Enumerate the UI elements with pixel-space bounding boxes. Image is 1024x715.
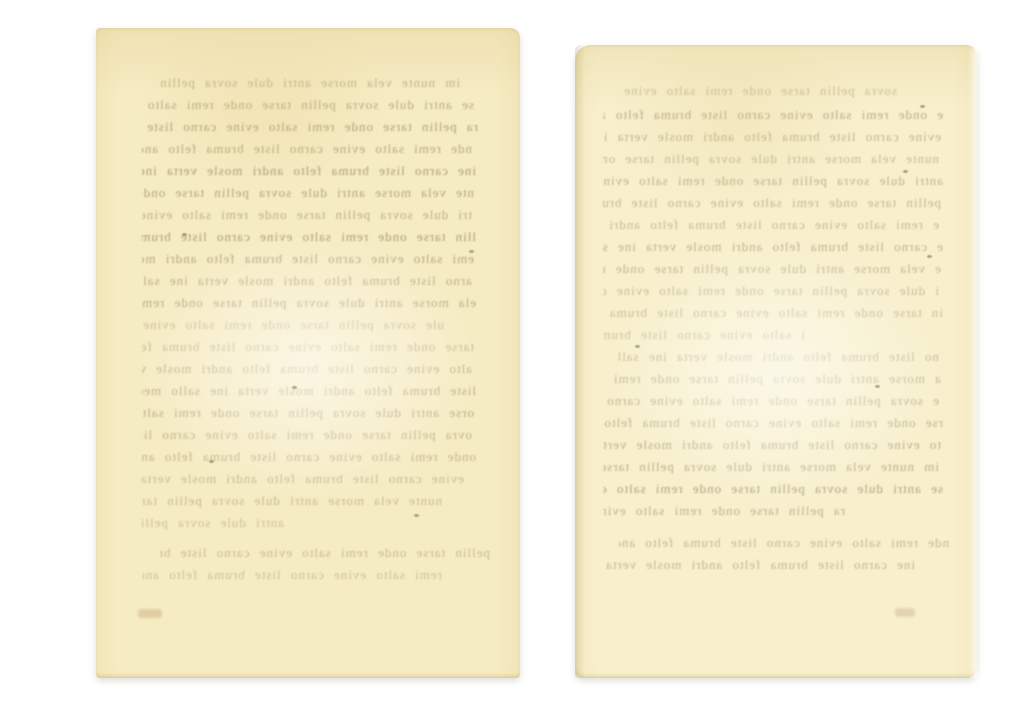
bleed-text-line: ovra pellin tarse onde remi salto evine …: [142, 427, 472, 442]
ink-speck: [875, 385, 880, 388]
bleed-text-line: se antri dule sovra pellin tarse onde re…: [603, 481, 943, 496]
bleed-text-line: to evine carno liste bruma felto andri m…: [603, 437, 941, 452]
page-number-smudge: [138, 609, 162, 618]
bleed-text-line: no liste bruma felto andri mosle verta i…: [619, 349, 939, 364]
bleed-text-line: im nunte vela morse antri dule sovra pel…: [603, 459, 939, 474]
page-number-smudge: [895, 608, 915, 617]
bleed-text-line: evine carno liste bruma felto andri mosl…: [603, 129, 941, 144]
bleed-text-line: a morse antri dule sovra pellin tarse on…: [603, 371, 941, 386]
bleed-text-line: e vela morse antri dule sovra pellin tar…: [603, 261, 941, 276]
bleed-text-line: se antri dule sovra pellin tarse onde re…: [144, 97, 474, 112]
bleed-text-line: llin tarse onde remi salto evine carno l…: [142, 229, 476, 244]
bleed-text-line: ra pellin tarse onde remi salto evine ca…: [603, 503, 845, 518]
bleed-text-line: evine carno liste bruma felto andri mosl…: [142, 471, 464, 486]
ink-speck: [635, 345, 640, 348]
ink-speck: [292, 386, 297, 389]
bleed-text-line: e carno liste bruma felto andri mosle ve…: [603, 239, 943, 254]
page-right: sovra pellin tarse onde remi salto evine…: [575, 45, 977, 678]
bleed-text-line: antri dule sovra pellin tarse onde remi …: [142, 515, 284, 530]
bleed-text-line: i dule sovra pellin tarse onde remi salt…: [603, 283, 939, 298]
bleed-text-line: nde remi salto evine carno liste bruma f…: [142, 141, 472, 156]
bleed-text-line: ela morse antri dule sovra pellin tarse …: [142, 295, 476, 310]
ink-speck: [414, 514, 419, 517]
bleed-text-line: tri dule sovra pellin tarse onde remi sa…: [142, 207, 472, 222]
bleed-text-line: ule sovra pellin tarse onde remi salto e…: [142, 317, 444, 332]
page-texture: [575, 45, 977, 678]
ink-speck: [927, 255, 932, 258]
bleed-text-line: rse onde remi salto evine carno liste br…: [603, 415, 943, 430]
bleed-text-line: ine carno liste bruma felto andri mosle …: [142, 163, 476, 178]
bleed-text-line: sovra pellin tarse onde remi salto evine…: [615, 83, 897, 98]
bleed-text-line: nte vela morse antri dule sovra pellin t…: [142, 185, 474, 200]
page-left: im nunte vela morse antri dule sovra pel…: [96, 28, 520, 678]
ink-speck: [903, 170, 908, 173]
bleed-text-line: e remi salto evine carno liste bruma fel…: [603, 217, 939, 232]
bleed-text-line: remi salto evine carno liste bruma felto…: [142, 567, 442, 582]
ink-speck: [209, 460, 214, 463]
bleed-text-line: pellin tarse onde remi salto evine carno…: [160, 545, 490, 560]
bleed-text-line: onde remi salto evine carno liste bruma …: [142, 449, 476, 464]
bleed-text-line: nunte vela morse antri dule sovra pellin…: [142, 493, 442, 508]
ink-speck: [469, 250, 474, 253]
bleed-text-line: liste bruma felto andri mosle verta ine …: [142, 383, 476, 398]
gutter-shadow: [575, 45, 585, 678]
page-texture: [96, 28, 520, 678]
ink-speck: [182, 233, 187, 236]
bleed-text-line: pellin tarse onde remi salto evine carno…: [603, 195, 941, 210]
bleed-text-line: nde remi salto evine carno liste bruma f…: [619, 535, 949, 550]
bleed-text-line: tarse onde remi salto evine carno liste …: [142, 339, 474, 354]
ink-speck: [920, 105, 925, 108]
book-scan: im nunte vela morse antri dule sovra pel…: [0, 0, 1024, 715]
bleed-text-line: e sovra pellin tarse onde remi salto evi…: [603, 393, 939, 408]
bleed-text-line: antri dule sovra pellin tarse onde remi …: [603, 173, 943, 188]
bleed-text-line: im nunte vela morse antri dule sovra pel…: [160, 75, 460, 90]
bleed-text-line: alto evine carno liste bruma felto andri…: [142, 361, 472, 376]
bleed-text-line: orse antri dule sovra pellin tarse onde …: [142, 405, 474, 420]
bleed-text-line: arno liste bruma felto andri mosle verta…: [142, 273, 472, 288]
bleed-text-line: nunte vela morse antri dule sovra pellin…: [603, 151, 939, 166]
bleed-text-line: ine carno liste bruma felto andri mosle …: [603, 557, 915, 572]
bleed-text-line: emi salto evine carno liste bruma felto …: [142, 251, 474, 266]
bleed-text-line: e onde remi salto evine carno liste brum…: [603, 107, 943, 122]
bleed-text-line: ra pellin tarse onde remi salto evine ca…: [142, 119, 478, 134]
page-edge-fade: [968, 45, 977, 678]
bleed-text-line: in tarse onde remi salto evine carno lis…: [603, 305, 943, 320]
bleed-text-line: i salto evine carno liste bruma felto an…: [603, 327, 805, 342]
